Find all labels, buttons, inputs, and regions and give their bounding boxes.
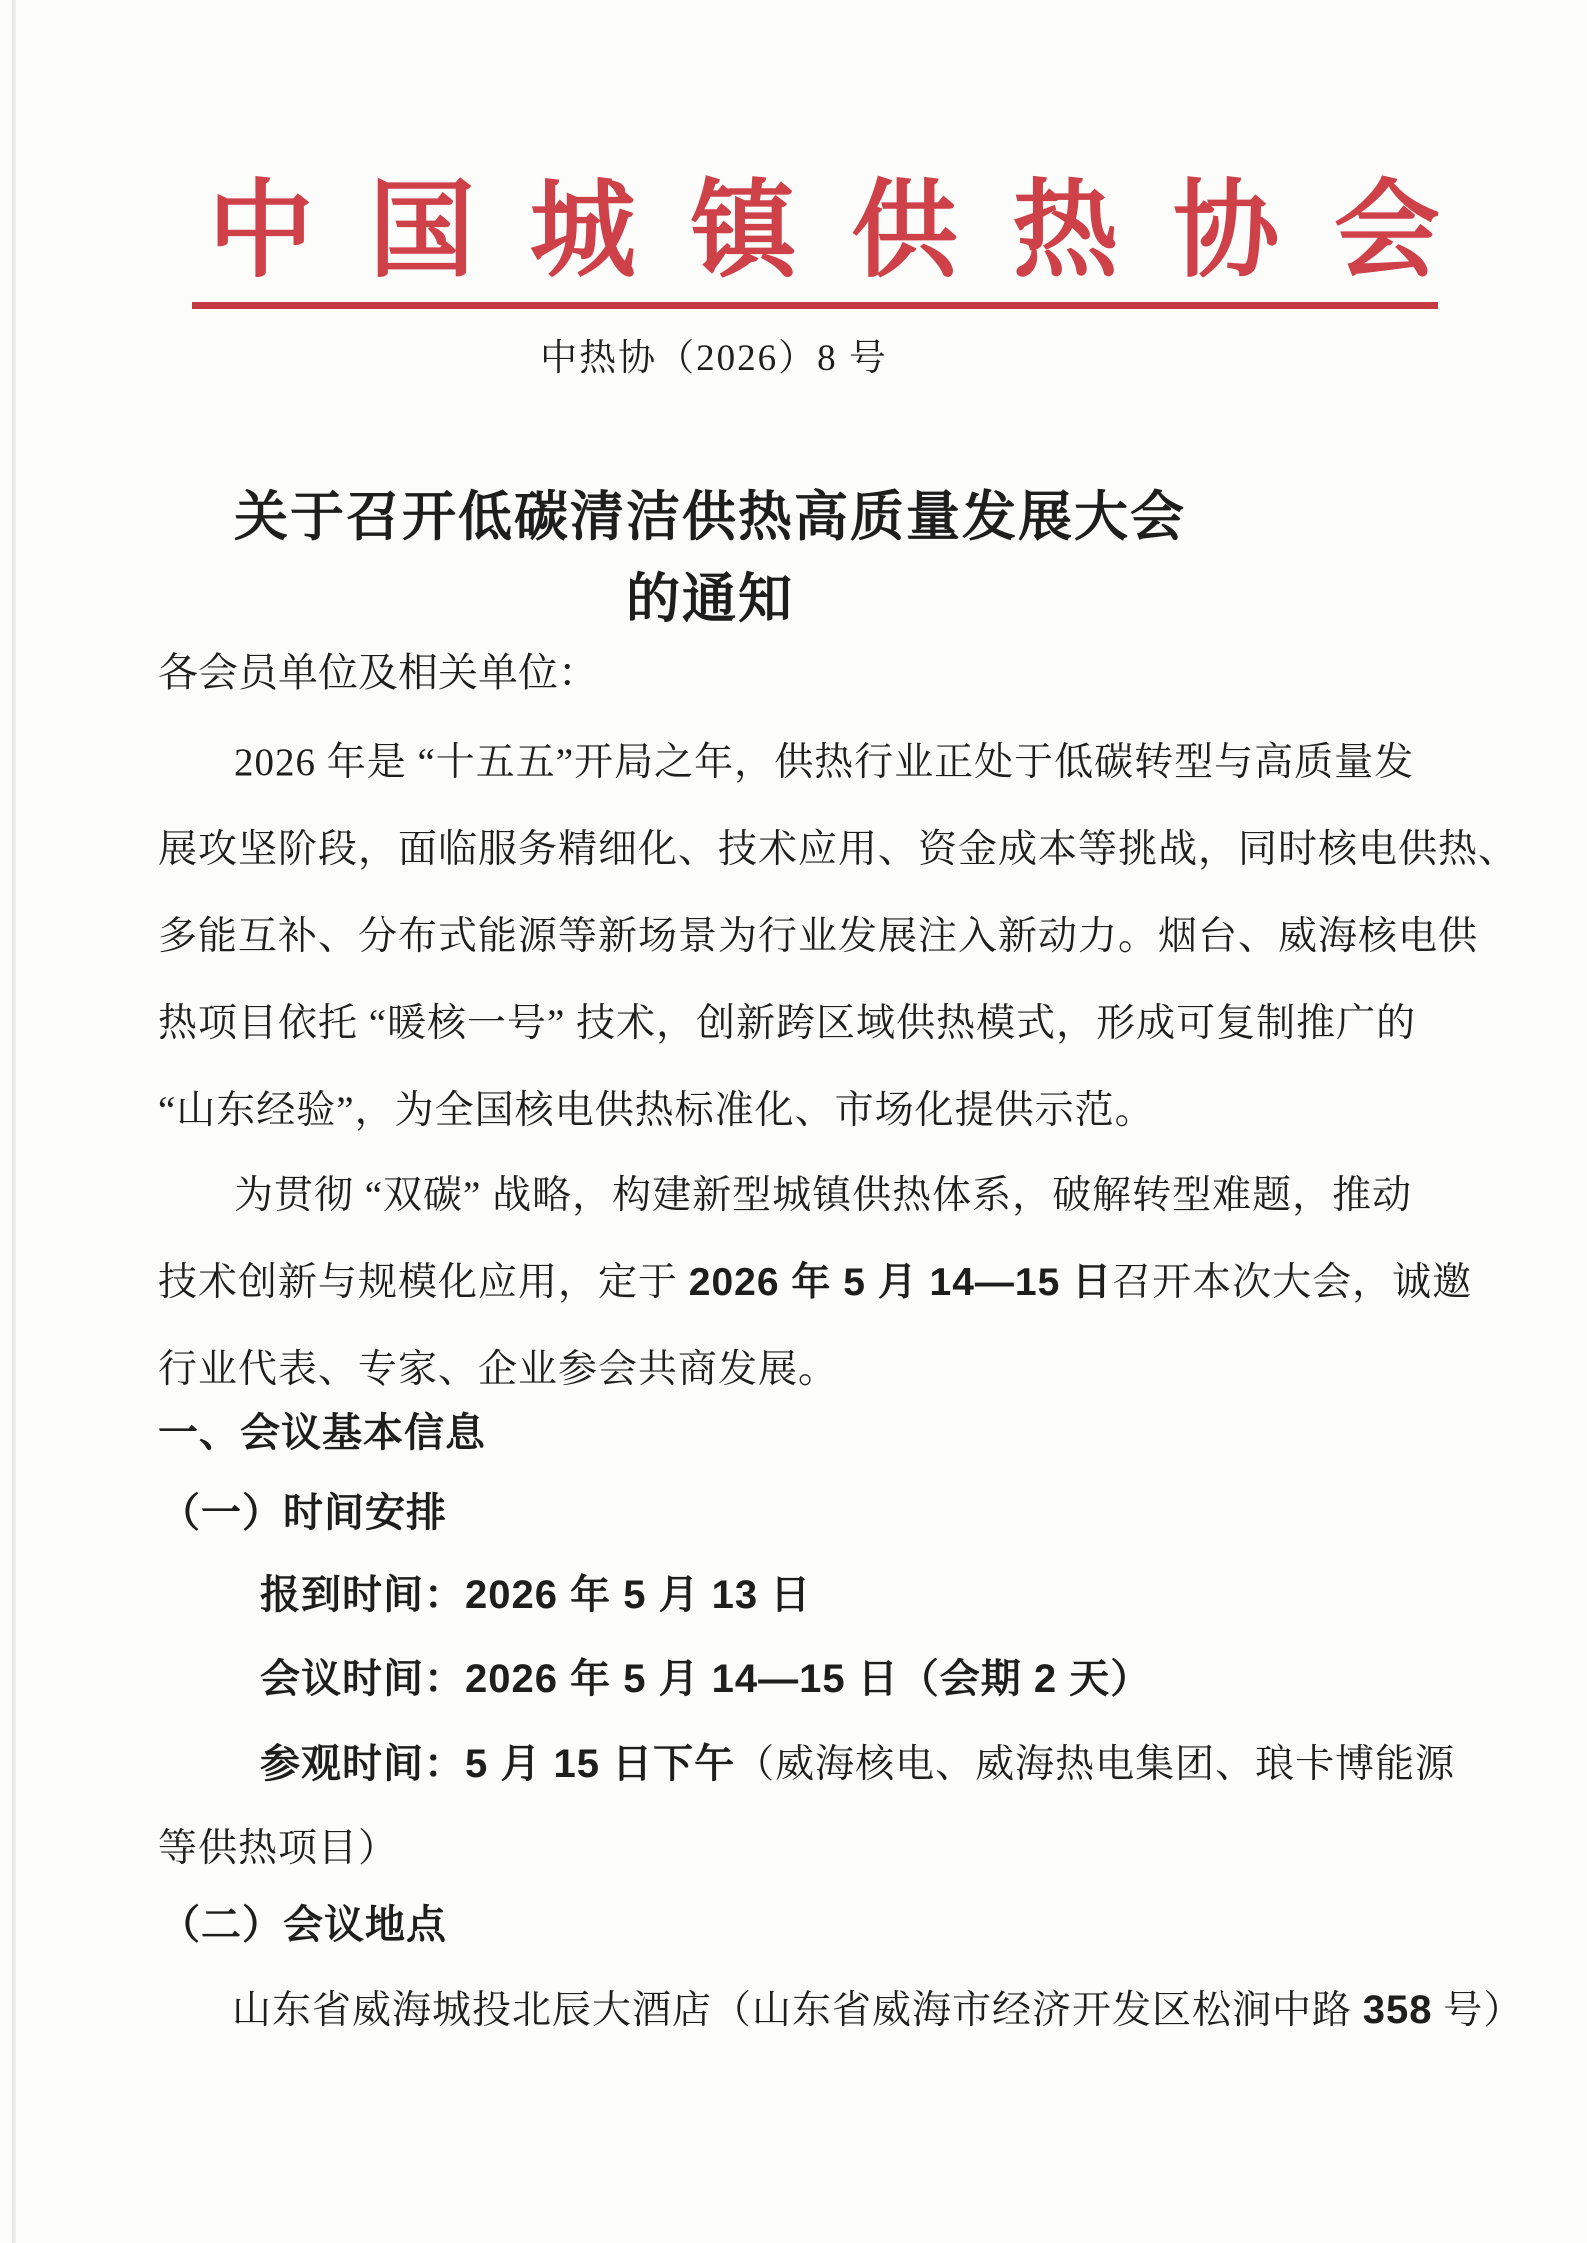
paragraph-text: 技术创新与规模化应用，定于 xyxy=(158,1261,689,1304)
paragraph-text: 召开本次大会，诚邀 xyxy=(1112,1261,1472,1304)
org-char: 供 xyxy=(851,176,957,287)
paragraph-line: 2026 年是 “十五五”开局之年，供热行业正处于低碳转型与高质量发 xyxy=(158,719,1518,806)
document-title: 关于召开低碳清洁供热高质量发展大会 的通知 xyxy=(0,476,1420,640)
meeting-time-line: 会议时间：2026 年 5 月 14—15 日（会期 2 天） xyxy=(260,1656,1151,1702)
document-page: 中 国 城 镇 供 热 协 会 中热协（2026）8 号 关于召开低碳清洁供热高… xyxy=(0,0,1587,2243)
paragraph-line: 为贯彻 “双碳” 战略，构建新型城镇供热体系，破解转型难题，推动 xyxy=(158,1152,1472,1239)
org-char: 城 xyxy=(530,176,636,287)
paragraph-line: 多能互补、分布式能源等新场景为行业发展注入新动力。烟台、威海核电供 xyxy=(158,893,1518,980)
org-char: 镇 xyxy=(691,176,797,287)
venue-address-line: 山东省威海城投北辰大酒店（山东省威海市经济开发区松涧中路 358 号） xyxy=(232,1986,1523,2035)
visit-time-detail: （威海核电、威海热电集团、琅卡博能源 xyxy=(735,1743,1455,1786)
checkin-time-line: 报到时间：2026 年 5 月 13 日 xyxy=(260,1572,811,1618)
subsection-location-heading: （二）会议地点 xyxy=(160,1902,447,1948)
venue-address-text: 号） xyxy=(1433,1989,1524,2032)
visit-time-continuation: 等供热项目） xyxy=(158,1826,398,1873)
org-name-header: 中 国 城 镇 供 热 协 会 xyxy=(208,176,1440,287)
org-char: 热 xyxy=(1012,176,1118,287)
paragraph-line: 行业代表、专家、企业参会共商发展。 xyxy=(158,1326,1472,1413)
document-number: 中热协（2026）8 号 xyxy=(0,337,1428,381)
paragraph-line: “山东经验”，为全国核电供热标准化、市场化提供示范。 xyxy=(158,1067,1518,1154)
paragraph-line: 展攻坚阶段，面临服务精细化、技术应用、资金成本等挑战，同时核电供热、 xyxy=(158,806,1518,893)
header-divider-rule xyxy=(192,302,1438,309)
venue-address-text: 山东省威海城投北辰大酒店（山东省威海市经济开发区松涧中路 xyxy=(232,1989,1363,2032)
paragraph-line: 热项目依托 “暖核一号” 技术，创新跨区域供热模式，形成可复制推广的 xyxy=(158,980,1518,1067)
org-char: 国 xyxy=(369,176,475,287)
org-char: 中 xyxy=(208,176,314,287)
paragraph-1: 2026 年是 “十五五”开局之年，供热行业正处于低碳转型与高质量发 展攻坚阶段… xyxy=(158,719,1518,1154)
visit-time-emphasis: 参观时间：5 月 15 日下午 xyxy=(260,1742,735,1786)
section-1-heading: 一、会议基本信息 xyxy=(158,1410,486,1456)
paragraph-2: 为贯彻 “双碳” 战略，构建新型城镇供热体系，破解转型难题，推动 技术创新与规模… xyxy=(158,1152,1472,1413)
meeting-date-emphasis: 2026 年 5 月 14—15 日 xyxy=(689,1261,1112,1304)
visit-time-line: 参观时间：5 月 15 日下午（威海核电、威海热电集团、琅卡博能源 xyxy=(260,1741,1455,1788)
org-char: 会 xyxy=(1334,176,1440,287)
venue-street-number: 358 xyxy=(1363,1988,1433,2032)
subsection-time-heading: （一）时间安排 xyxy=(160,1490,447,1536)
paragraph-line: 技术创新与规模化应用，定于 2026 年 5 月 14—15 日召开本次大会，诚… xyxy=(158,1239,1472,1326)
document-title-line2: 的通知 xyxy=(0,558,1420,640)
org-char: 协 xyxy=(1173,176,1279,287)
document-title-line1: 关于召开低碳清洁供热高质量发展大会 xyxy=(0,476,1420,558)
salutation: 各会员单位及相关单位： xyxy=(158,649,598,697)
